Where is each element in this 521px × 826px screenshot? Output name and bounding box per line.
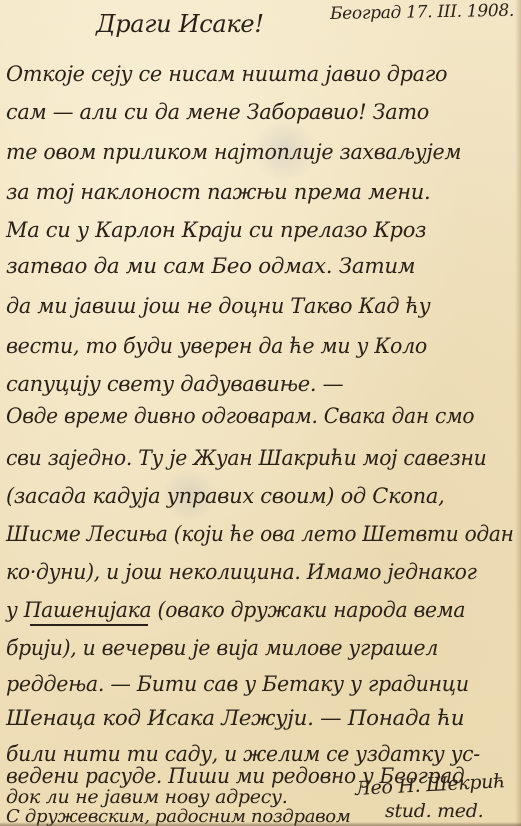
paper-edge — [0, 822, 521, 826]
letter-line: ко·дуни), и још неколицина. Имамо једнак… — [6, 560, 477, 584]
letter-line: те овом приликом најтоплије захваљујем — [6, 140, 461, 164]
letter-line: у Пашенијака (овако дружаки народа вема — [6, 598, 465, 622]
letter-line: били нити ти саду, и желим се уздатку ус… — [6, 742, 480, 766]
letter-line: Шенаца код Исака Лежуји. — Понада ћи — [6, 706, 464, 730]
letter-line: Овде време дивно одговарам. Свака дан см… — [6, 404, 474, 428]
letter-line: (засада кадуја управих своим) од Скопа, — [6, 484, 444, 508]
underline-mark — [30, 624, 148, 626]
paper-edge — [515, 0, 521, 826]
letter-page: Београд 17. III. 1908. Драги Исаке! Отко… — [0, 0, 521, 826]
letter-line: вести, то буди уверен да ће ми у Коло — [6, 334, 427, 358]
signature-title: stud. med. — [385, 800, 483, 822]
letter-line: сам — али си да мене Заборавио! Зато — [6, 100, 429, 124]
letter-line: Откоје сеју се нисам ништа јавио драго — [6, 62, 447, 86]
letter-line: Ма си у Карлон Краји си прелазо Кроз — [6, 218, 426, 242]
letter-line: за тој наклоност пажњи према мени. — [6, 180, 430, 204]
letter-line: Шисме Лесиња (који ће ова лето Шетвти од… — [6, 522, 514, 546]
dateline: Београд 17. III. 1908. — [330, 1, 514, 24]
letter-line: реддења. — Бити сав у Бетаку у градинци — [6, 672, 469, 696]
greeting: Драги Исаке! — [96, 10, 264, 38]
letter-line: затвао да ми сам Бео одмах. Затим — [6, 254, 415, 278]
letter-line: сви заједно. Ту је Жуан Шакрићи мој саве… — [6, 446, 486, 470]
letter-line: сапуцију свету дадувавиње. — — [6, 372, 343, 396]
letter-line: брији), и вечерви је вија милове уграшел — [6, 636, 438, 660]
letter-line: да ми јавиш још не доцни Такво Кад ћу — [6, 294, 430, 318]
letter-line: док ли не јавим нову адресу. — [6, 786, 288, 808]
